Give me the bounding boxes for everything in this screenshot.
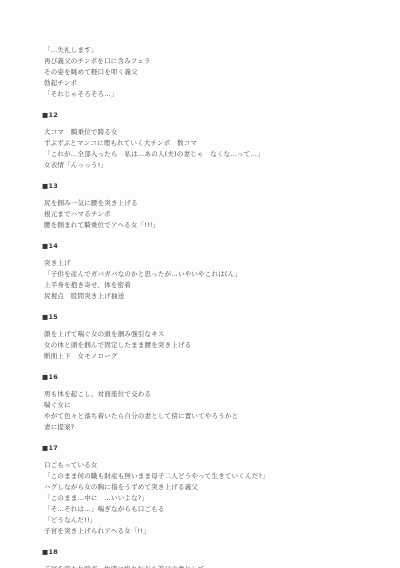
section-15: ■15 顔を上げて喘ぐ女の頭を掴み強引なキス 女の体と頭を掴んで固定したまま腰を…	[42, 312, 380, 362]
text-line: 子宮を突き上げられアヘる女「!!」	[42, 526, 380, 537]
text-line: 「これが…全部入ったら 私は…あの人(夫)の妻じゃ なくな…って…」	[42, 149, 380, 160]
text-line: やがて色々と落ち着いたら自分の妻として傍に置いてやろうかと	[42, 411, 380, 422]
text-line: 「それじゃそろそろ…」	[42, 89, 380, 100]
text-line: 女の体と頭を掴んで固定したまま腰を突き上げる	[42, 340, 380, 351]
intro-block: 「…失礼します」 再び義父のチンポを口に含みフェラ その姿を眺めて軽口を叩く義父…	[42, 45, 380, 100]
text-line: 尻視点 股間突き上げ抽送	[42, 291, 380, 302]
document-page: 「…失礼します」 再び義父のチンポを口に含みフェラ その姿を眺めて軽口を叩く義父…	[0, 0, 400, 568]
section-header: ■15	[42, 312, 380, 323]
text-line: 「どうなんだ!!」	[42, 515, 380, 526]
section-header: ■12	[42, 110, 380, 121]
section-12: ■12 大コマ 騎乗位で跨る女 ずぶずぶとマンコに埋もれていく大チンポ 数コマ …	[42, 110, 380, 171]
text-line: 顔を上げて喘ぐ女の頭を掴み強引なキス	[42, 329, 380, 340]
text-line: 女表情「んっっう!」	[42, 160, 380, 171]
text-line: 大コマ 騎乗位で跨る女	[42, 127, 380, 138]
text-line: その姿を眺めて軽口を叩く義父	[42, 67, 380, 78]
text-line: 「このまま…中に …いいよな?」	[42, 493, 380, 504]
section-14: ■14 突き上げ 「子供を産んでガバガバなのかと思ったが…いやいやこれは(ん」 …	[42, 241, 380, 302]
text-line: 腰を掴まれて騎乗位でアヘる女「!!!」	[42, 220, 380, 231]
section-header: ■13	[42, 181, 380, 192]
text-line: 勃起チンポ	[42, 78, 380, 89]
section-16: ■16 男も体を起こし、対面座位で交わる 喘ぐ女に やがて色々と落ち着いたら自分…	[42, 372, 380, 433]
text-line: 口ごもっている女	[42, 460, 380, 471]
text-line: 再び義父のチンポを口に含みフェラ	[42, 56, 380, 67]
section-header: ■16	[42, 372, 380, 383]
text-line: 「…失礼します」	[42, 45, 380, 56]
text-line: 妻に提案?	[42, 422, 380, 433]
text-line: 尻を掴み一気に腰を突き上げる	[42, 198, 380, 209]
text-line: 男も体を起こし、対面座位で交わる	[42, 389, 380, 400]
text-line: 断面上下 女モノローグ	[42, 351, 380, 362]
section-header: ■17	[42, 443, 380, 454]
text-line: ずぶずぶとマンコに埋もれていく大チンポ 数コマ	[42, 138, 380, 149]
text-line: 突き上げ	[42, 258, 380, 269]
text-line: 「子供を産んでガバガバなのかと思ったが…いやいやこれは(ん」	[42, 269, 380, 280]
section-18: ■18 子宮を突かれ喘ぎ、快感に痺れながら義父の妻として	[42, 547, 380, 568]
section-17: ■17 口ごもっている女 「このまま何の職も財産も無いまま母子二人どうやって生き…	[42, 443, 380, 537]
section-header: ■18	[42, 547, 380, 558]
text-line: 根元までハマるチンポ	[42, 209, 380, 220]
text-line: ハグしながら女の胸に指をうずめて突き上げる義父	[42, 482, 380, 493]
text-line: 「そ…それは…」喘ぎながらも口ごもる	[42, 504, 380, 515]
section-header: ■14	[42, 241, 380, 252]
text-line: 喘ぐ女に	[42, 400, 380, 411]
text-line: 子宮を突かれ喘ぎ、快感に痺れながら義父の妻として	[42, 564, 380, 568]
text-line: 「このまま何の職も財産も無いまま母子二人どうやって生きていくんだ?」	[42, 471, 380, 482]
section-13: ■13 尻を掴み一気に腰を突き上げる 根元までハマるチンポ 腰を掴まれて騎乗位で…	[42, 181, 380, 231]
text-line: 上半身を抱き寄せ、体を密着	[42, 280, 380, 291]
